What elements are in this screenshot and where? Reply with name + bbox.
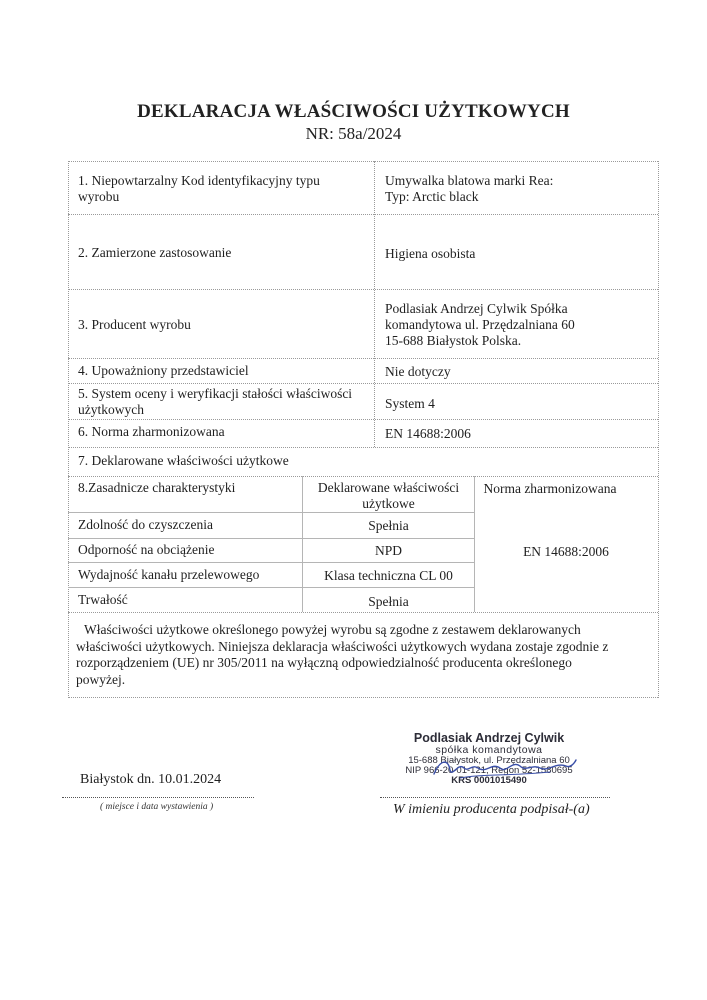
- handwritten-signature: [430, 748, 580, 788]
- row-divider: [68, 289, 658, 290]
- row-divider: [68, 538, 474, 539]
- document-title: DEKLARACJA WŁAŚCIWOŚCI UŻYTKOWYCH: [0, 101, 707, 123]
- row-divider: [68, 612, 658, 613]
- row-divider: [68, 562, 474, 563]
- column-header-standard: Norma zharmonizowana: [475, 481, 625, 497]
- row-divider: [68, 358, 658, 359]
- row-5-label: 5. System oceny i weryfikacji stałości w…: [78, 386, 352, 418]
- row-4-label: 4. Upoważniony przedstawiciel: [78, 363, 249, 379]
- characteristic-1: Zdolność do czyszczenia: [78, 517, 213, 533]
- row-5-value: System 4: [385, 396, 435, 412]
- row-4-value: Nie dotyczy: [385, 364, 451, 380]
- signature-line: [380, 797, 610, 798]
- signed-by-caption: W imieniu producenta podpisał-(a): [393, 802, 590, 818]
- row-3-value: Podlasiak Andrzej Cylwik Spółkakomandyto…: [385, 301, 575, 349]
- characteristic-2: Odporność na obciążenie: [78, 542, 214, 558]
- declared-value-1: Spełnia: [303, 518, 474, 534]
- row-2-value: Higiena osobista: [385, 246, 475, 262]
- row-divider: [68, 383, 658, 384]
- conformity-statement: Właściwości użytkowe określonego powyżej…: [76, 622, 646, 688]
- place-and-date: Białystok dn. 10.01.2024: [80, 772, 221, 788]
- row-divider: [68, 447, 658, 448]
- row-divider: [68, 419, 658, 420]
- column-divider: [374, 161, 375, 447]
- row-1-value: Umywalka blatowa marki Rea:Typ: Arctic b…: [385, 173, 553, 205]
- column-header-declared: Deklarowane właściwościużytkowe: [303, 480, 474, 512]
- row-6-label: 6. Norma zharmonizowana: [78, 424, 225, 440]
- harmonised-standard-value: EN 14688:2006: [475, 544, 657, 560]
- row-divider: [68, 214, 658, 215]
- table-border: [68, 161, 658, 162]
- row-divider: [68, 587, 474, 588]
- declared-value-2: NPD: [303, 543, 474, 559]
- characteristic-3: Wydajność kanału przelewowego: [78, 567, 259, 583]
- row-divider: [68, 476, 658, 477]
- declared-value-3: Klasa techniczna CL 00: [303, 568, 474, 584]
- document-number: NR: 58a/2024: [0, 124, 707, 144]
- row-1-label: 1. Niepowtarzalny Kod identyfikacyjny ty…: [78, 173, 320, 205]
- row-2-label: 2. Zamierzone zastosowanie: [78, 245, 231, 261]
- place-date-line: [62, 797, 254, 798]
- column-header-characteristics: 8.Zasadnicze charakterystyki: [78, 480, 235, 496]
- table-border: [68, 697, 658, 698]
- place-date-caption: ( miejsce i data wystawienia ): [100, 802, 213, 812]
- row-3-label: 3. Producent wyrobu: [78, 317, 191, 333]
- row-6-value: EN 14688:2006: [385, 426, 471, 442]
- section-7-heading: 7. Deklarowane właściwości użytkowe: [78, 453, 289, 469]
- row-divider: [68, 512, 474, 513]
- declared-value-4: Spełnia: [303, 594, 474, 610]
- characteristic-4: Trwałość: [78, 592, 128, 608]
